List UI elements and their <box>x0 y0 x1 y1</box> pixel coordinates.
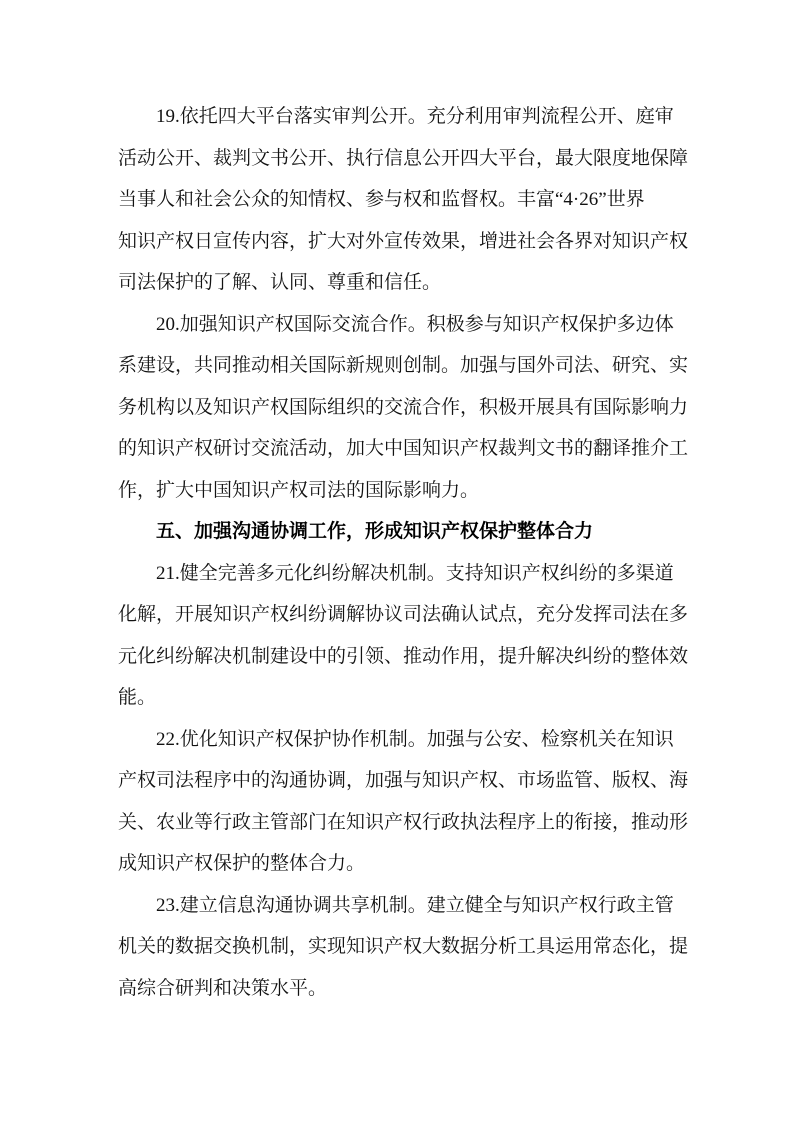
text-line: 20.加强知识产权国际交流合作。积极参与知识产权保护多边体 <box>118 304 692 346</box>
document-text-body: 19.依托四大平台落实审判公开。充分利用审判流程公开、庭审活动公开、裁判文书公开… <box>118 96 692 1009</box>
document-page: 19.依托四大平台落实审判公开。充分利用审判流程公开、庭审活动公开、裁判文书公开… <box>0 0 793 1122</box>
text-line: 19.依托四大平台落实审判公开。充分利用审判流程公开、庭审 <box>118 96 692 138</box>
text-line: 的知识产权研讨交流活动，加大中国知识产权裁判文书的翻译推介工 <box>118 428 692 470</box>
section-heading: 五、加强沟通协调工作，形成知识产权保护整体合力 <box>118 511 692 553</box>
text-line: 当事人和社会公众的知情权、参与权和监督权。丰富“4·26”世界 <box>118 179 692 221</box>
text-line: 知识产权日宣传内容，扩大对外宣传效果，增进社会各界对知识产权 <box>118 221 692 263</box>
text-line: 作，扩大中国知识产权司法的国际影响力。 <box>118 470 692 512</box>
text-line: 高综合研判和决策水平。 <box>118 968 692 1010</box>
text-line: 化解，开展知识产权纠纷调解协议司法确认试点，充分发挥司法在多 <box>118 594 692 636</box>
text-line: 21.健全完善多元化纠纷解决机制。支持知识产权纠纷的多渠道 <box>118 553 692 595</box>
text-line: 务机构以及知识产权国际组织的交流合作，积极开展具有国际影响力 <box>118 387 692 429</box>
text-line: 元化纠纷解决机制建设中的引领、推动作用，提升解决纠纷的整体效 <box>118 636 692 678</box>
text-line: 机关的数据交换机制，实现知识产权大数据分析工具运用常态化，提 <box>118 926 692 968</box>
text-line: 活动公开、裁判文书公开、执行信息公开四大平台，最大限度地保障 <box>118 138 692 180</box>
text-line: 23.建立信息沟通协调共享机制。建立健全与知识产权行政主管 <box>118 885 692 927</box>
text-line: 司法保护的了解、认同、尊重和信任。 <box>118 262 692 304</box>
text-line: 产权司法程序中的沟通协调，加强与知识产权、市场监管、版权、海 <box>118 760 692 802</box>
text-line: 系建设，共同推动相关国际新规则创制。加强与国外司法、研究、实 <box>118 345 692 387</box>
text-line: 能。 <box>118 677 692 719</box>
text-line: 关、农业等行政主管部门在知识产权行政执法程序上的衔接，推动形 <box>118 802 692 844</box>
text-line: 22.优化知识产权保护协作机制。加强与公安、检察机关在知识 <box>118 719 692 761</box>
text-line: 成知识产权保护的整体合力。 <box>118 843 692 885</box>
